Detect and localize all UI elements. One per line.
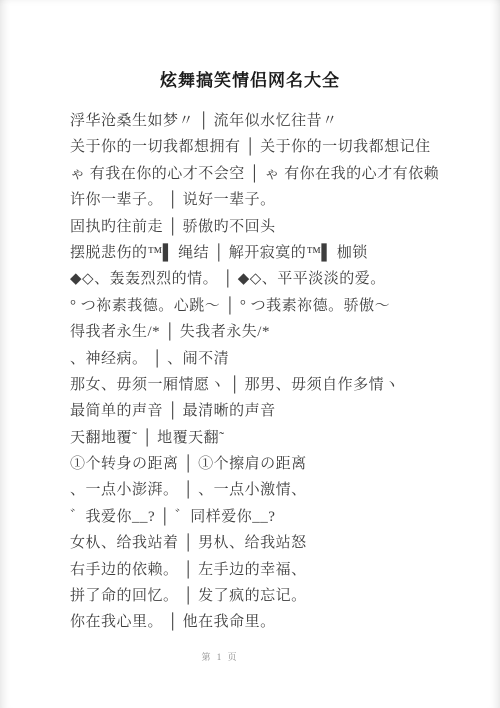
name-line: 得我者永生/* │ 失我者永失/* [70,319,480,345]
name-line: 那女、毋须一厢情愿ヽ │ 那男、毋须自作多情ヽ [70,372,480,398]
name-line: ◆◇、轰轰烈烈的情。 │ ◆◇、平平淡淡的爱。 [70,266,480,292]
page-number: 第 1 页 [0,650,440,663]
name-line: 拼了命的回忆。 │ 发了疯的忘记。 [70,583,480,609]
name-line: 右手边的依赖。 │ 左手边的幸福、 [70,557,480,583]
name-line: 许你一辈子。 │ 说好一辈子。 [70,187,480,213]
name-line: ゃ 有我在你的心才不会空 │ ゃ 有你在我的心才有依赖 [70,161,480,187]
name-line: 关于你的一切我都想拥有 │ 关于你的一切我都想记住 [70,134,480,160]
name-line: 最简单的声音 │ 最清晰的声音 [70,398,480,424]
name-line: 固执旳往前走 │ 骄傲旳不回头 [70,214,480,240]
name-line: ①个转身の距离 │ ①个擦肩の距离 [70,451,480,477]
name-line: 、神经病。 │ 、闹不清 [70,346,480,372]
page-title: 炫舞搞笑情侣网名大全 [0,0,500,91]
name-line: 女朲、给我站着 │ 男朲、给我站怒 [70,530,480,556]
name-line: 浮华沧桑生如梦〃 │ 流年似水忆往昔〃 [70,108,480,134]
name-line: ゛我爱你__? │ ゛同样爱你__? [70,504,480,530]
name-line: 、一点小澎湃。 │ 、一点小激情、 [70,477,480,503]
name-line: 你在我心里。 │ 他在我命里。 [70,609,480,635]
name-list: 浮华沧桑生如梦〃 │ 流年似水忆往昔〃关于你的一切我都想拥有 │ 关于你的一切我… [70,108,480,636]
name-line: 摆脱悲伤的™▌ 绳结 │ 解开寂寞的™▌ 枷锁 [70,240,480,266]
document-page: 炫舞搞笑情侣网名大全 浮华沧桑生如梦〃 │ 流年似水忆往昔〃关于你的一切我都想拥… [0,0,500,708]
name-line: ° つ祢素莪德。心跳〜 │ ° つ莪素祢德。骄傲〜 [70,293,480,319]
name-line: 天翻地覆˜ │ 地覆天翻˜ [70,425,480,451]
